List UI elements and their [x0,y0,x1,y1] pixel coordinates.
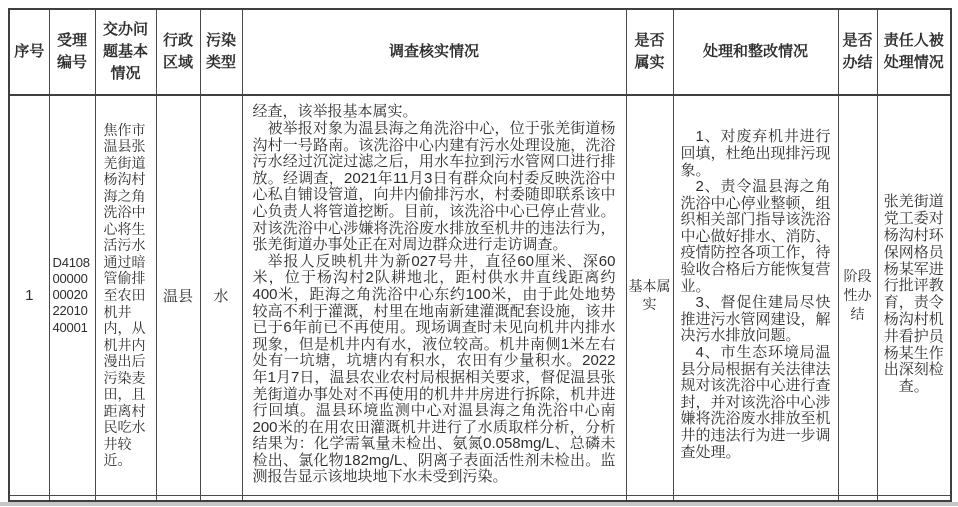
investigation-paragraph: 举报人反映机井为新027号井，直径60厘米、深60米，位于杨沟村2队耕地北，距村… [253,254,616,486]
header-admin-region: 行政区域 [156,9,200,95]
cell-is-concluded: 阶段性办结 [838,95,877,495]
handling-paragraph: 4、市生态环境局温县分局根据有关法律法规对该洗浴中心进行查封，并对该洗浴中心涉嫌… [681,345,831,461]
investigation-paragraph: 经查，该举报基本属实。 [253,104,616,121]
cell-handling-rectification: 1、对废弃机井进行回填，杜绝出现排污现象。 2、责令温县海之角洗浴中心停业整顿，… [673,95,838,495]
investigation-paragraph: 被举报对象为温县海之角洗浴中心，位于张羌街道杨沟村一号路南。该洗浴中心内建有污水… [253,121,616,254]
next-row-partial [9,495,951,501]
header-serial-number: 序号 [9,9,49,95]
page: 序号 受理编号 交办问题基本情况 行政区域 污染类型 调查核实情况 是否属实 处… [0,0,958,507]
header-handling-rectification: 处理和整改情况 [673,9,838,95]
cell-problem-summary: 焦作市温县张羌街道杨沟村海之角洗浴中心将生活污水通过暗管偷排至农田机井内，从机井… [95,95,156,495]
header-is-true: 是否属实 [626,9,673,95]
table-header: 序号 受理编号 交办问题基本情况 行政区域 污染类型 调查核实情况 是否属实 处… [9,9,951,95]
cell-investigation: 经查，该举报基本属实。 被举报对象为温县海之角洗浴中心，位于张羌街道杨沟村一号路… [242,95,626,495]
cell-responsible-person: 张羌街道党工委对杨沟村环保网格员杨某军进行批评教育，责令杨沟村机井看护员杨某生作… [877,95,951,495]
header-acceptance-number: 受理编号 [49,9,95,95]
handling-paragraph: 2、责令温县海之角洗浴中心停业整顿，组织相关部门指导该洗浴中心做好排水、消防、疫… [681,179,831,295]
header-is-concluded: 是否办结 [838,9,877,95]
table-row: 1 D410800000000202201040001 焦作市温县张羌街道杨沟村… [9,95,951,495]
cell-acceptance-number: D410800000000202201040001 [49,95,95,495]
header-investigation: 调查核实情况 [242,9,626,95]
screenshot-cutoff-band [0,502,958,506]
cell-admin-region: 温县 [156,95,200,495]
handling-paragraph: 3、督促住建局尽快推进污水管网建设，解决污水排放问题。 [681,295,831,345]
header-pollution-type: 污染类型 [200,9,242,95]
header-responsible-person: 责任人被处理情况 [877,9,951,95]
cell-serial-number: 1 [9,95,49,495]
header-problem-summary: 交办问题基本情况 [95,9,156,95]
cell-pollution-type: 水 [200,95,242,495]
cell-is-true: 基本属实 [626,95,673,495]
handling-paragraph: 1、对废弃机井进行回填，杜绝出现排污现象。 [681,129,831,179]
complaint-handling-table: 序号 受理编号 交办问题基本情况 行政区域 污染类型 调查核实情况 是否属实 处… [8,8,952,502]
